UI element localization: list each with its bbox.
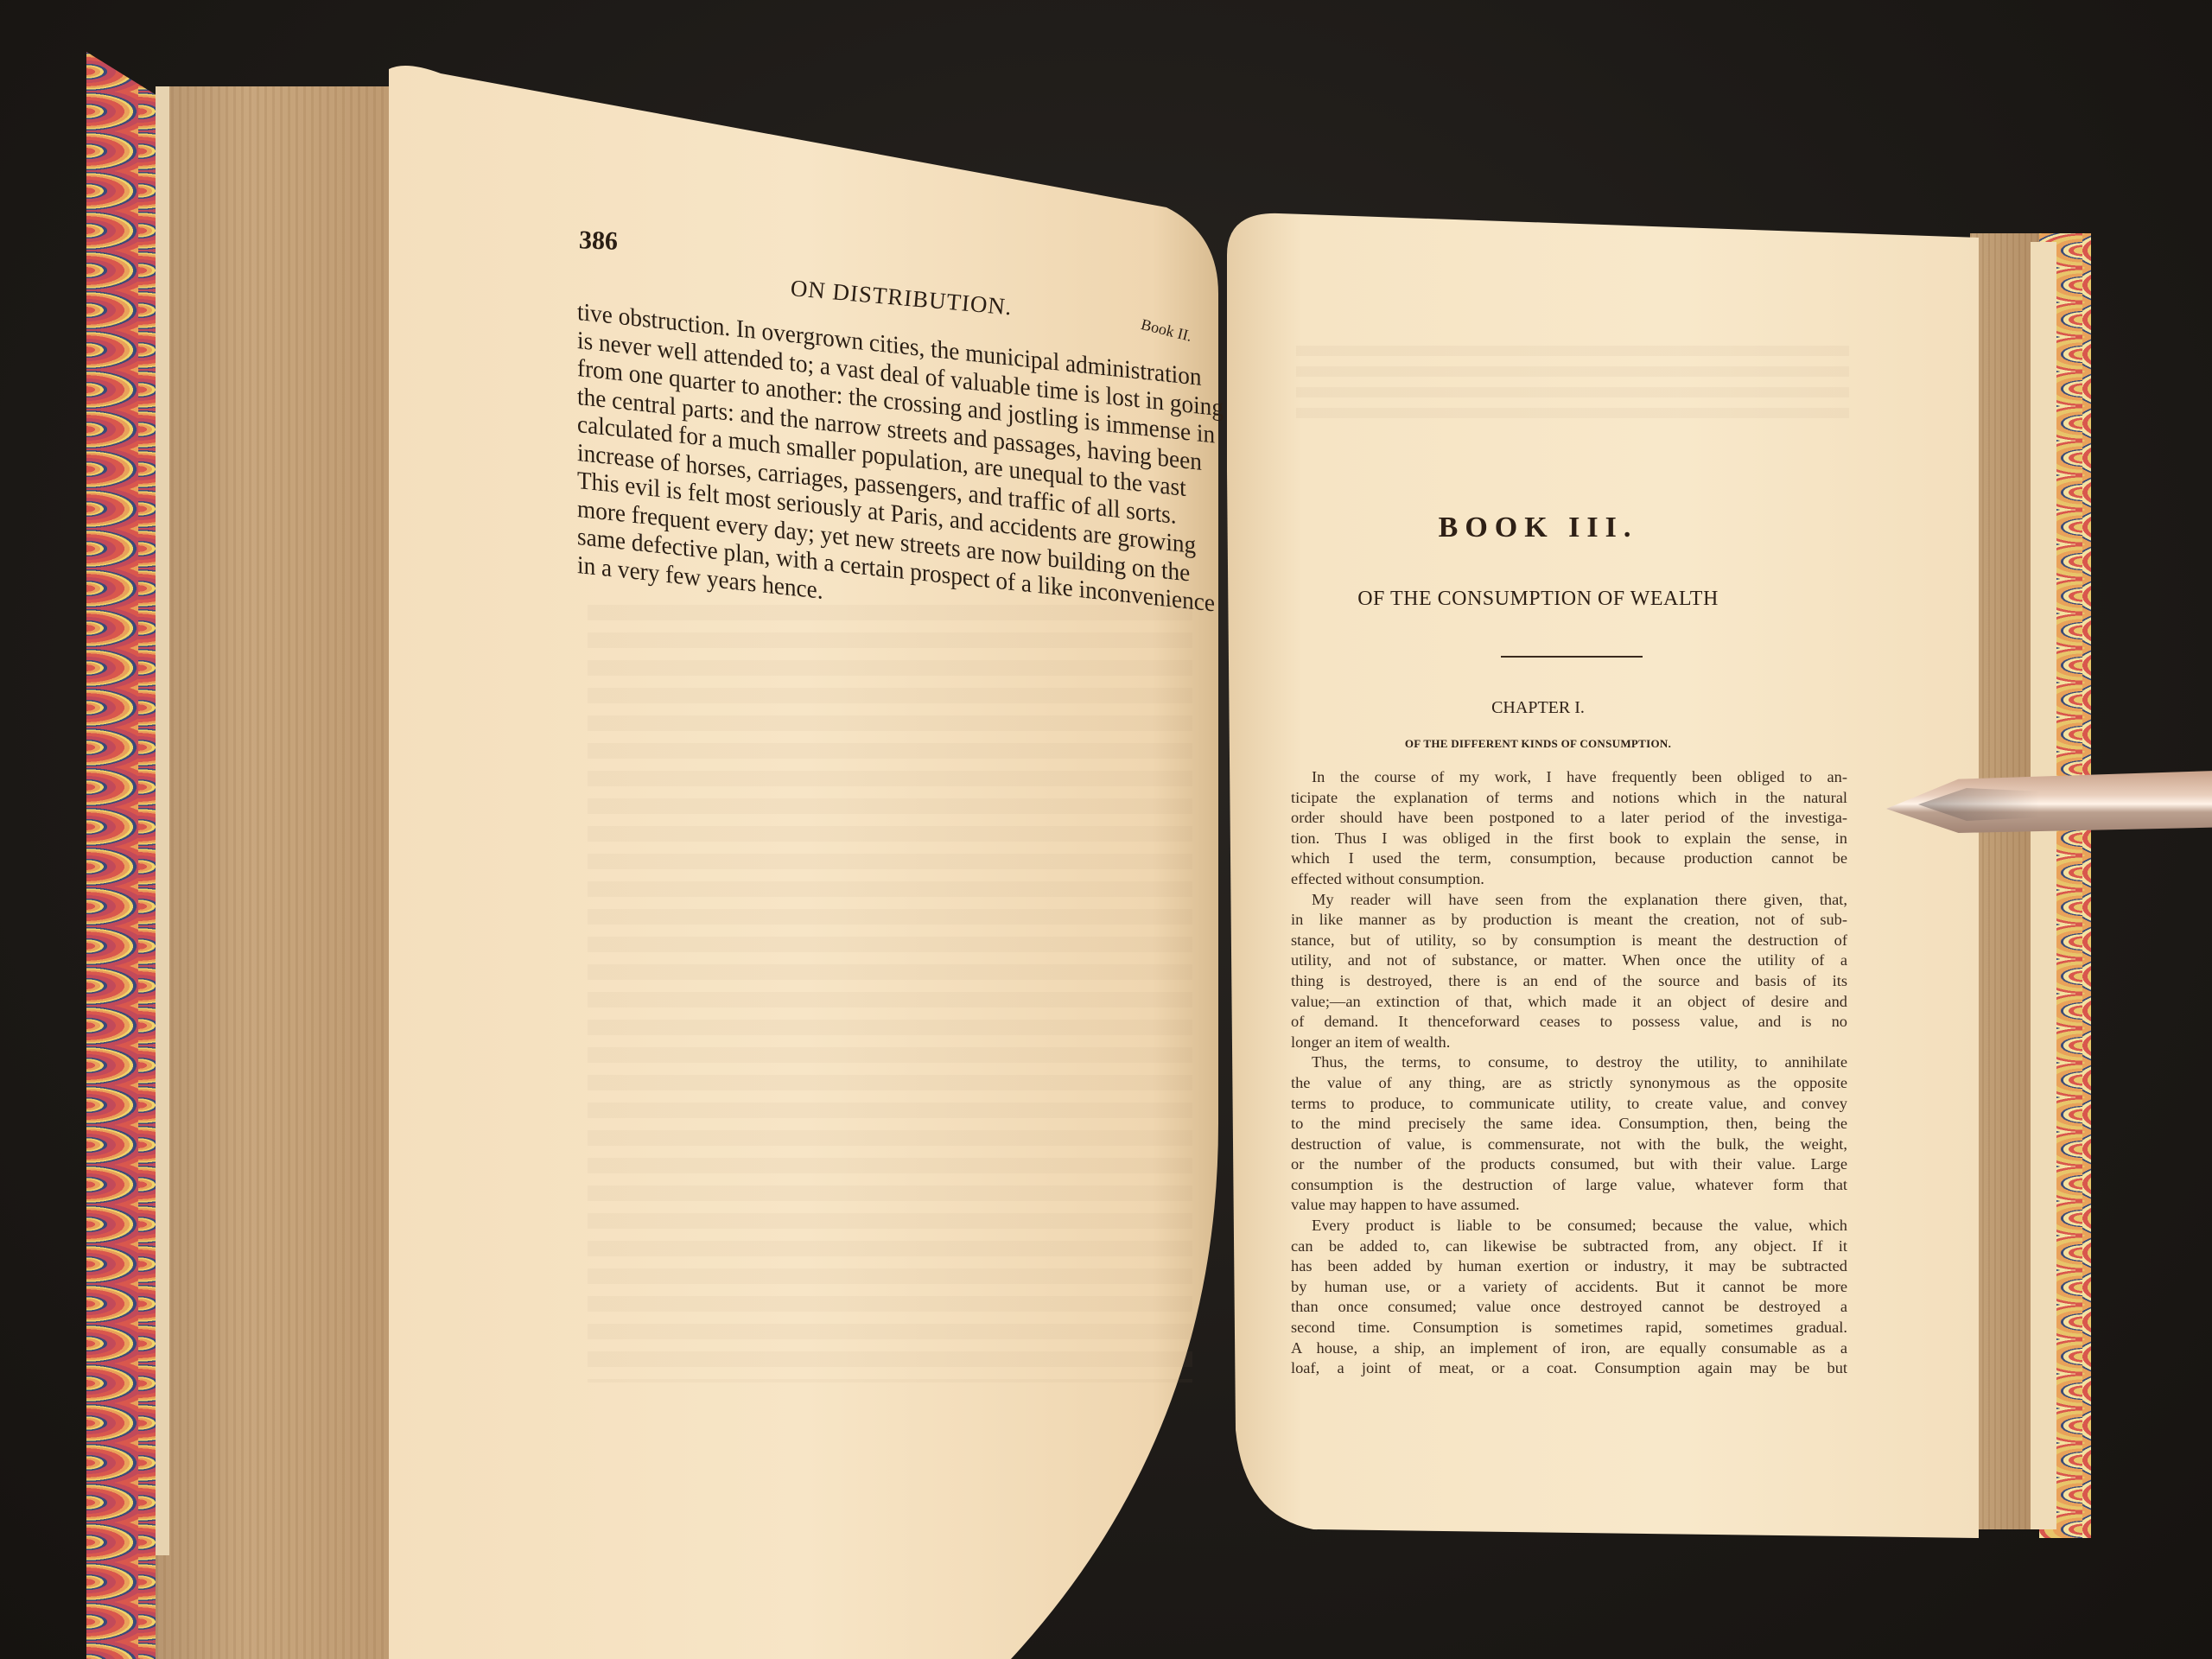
text-line: In the course of my work, I have frequen…: [1291, 767, 1847, 788]
endpaper-right: [2031, 242, 2056, 1529]
text-line: by human use, or a variety of accidents.…: [1291, 1277, 1847, 1298]
text-line: tion. Thus I was obliged in the first bo…: [1291, 829, 1847, 849]
page-block-edge-left: [156, 86, 389, 1659]
text-line: consumption is the destruction of large …: [1291, 1175, 1847, 1196]
text-line: longer an item of wealth.: [1291, 1033, 1847, 1053]
divider-rule: [1501, 656, 1643, 658]
text-line: which I used the term, consumption, beca…: [1291, 849, 1847, 869]
text-line: ticipate the explanation of terms and no…: [1291, 788, 1847, 809]
text-line: A house, a ship, an implement of iron, a…: [1291, 1338, 1847, 1359]
left-page-bleedthrough: [588, 605, 1192, 1382]
page-number: 386: [578, 226, 618, 257]
text-line: stance, but of utility, so by consumptio…: [1291, 931, 1847, 951]
text-line: thing is destroyed, there is an end of t…: [1291, 971, 1847, 992]
text-line: the value of any thing, are as strictly …: [1291, 1073, 1847, 1094]
text-line: in like manner as by production is meant…: [1291, 910, 1847, 931]
book-title: OF THE CONSUMPTION OF WEALTH: [1322, 588, 1754, 611]
text-line: destruction of value, is commensurate, n…: [1291, 1135, 1847, 1155]
text-line: value;—an extinction of that, which made…: [1291, 992, 1847, 1013]
endpaper-left: [156, 86, 169, 1555]
right-page-bleedthrough: [1296, 346, 1849, 423]
text-line: can be added to, can likewise be subtrac…: [1291, 1236, 1847, 1257]
chapter-heading: CHAPTER I.: [1408, 698, 1668, 718]
text-line: utility, and not of substance, or matter…: [1291, 950, 1847, 971]
chapter-title: OF THE DIFFERENT KINDS OF CONSUMPTION.: [1322, 737, 1754, 751]
book-heading: BOOK III.: [1322, 512, 1754, 544]
text-line: has been added by human exertion or indu…: [1291, 1256, 1847, 1277]
text-line: Every product is liable to be consumed; …: [1291, 1216, 1847, 1236]
text-line: Thus, the terms, to consume, to destroy …: [1291, 1052, 1847, 1073]
text-line: of demand. It thenceforward ceases to po…: [1291, 1012, 1847, 1033]
right-page-body: In the course of my work, I have frequen…: [1291, 767, 1847, 1379]
text-line: loaf, a joint of meat, or a coat. Consum…: [1291, 1358, 1847, 1379]
text-line: value may happen to have assumed.: [1291, 1195, 1847, 1216]
text-line: than once consumed; value once destroyed…: [1291, 1297, 1847, 1318]
text-line: second time. Consumption is sometimes ra…: [1291, 1318, 1847, 1338]
text-line: or the number of the products consumed, …: [1291, 1154, 1847, 1175]
book-photo: 386 ON DISTRIBUTION. Book II. tive obstr…: [0, 0, 2212, 1659]
marbled-board-left: [86, 52, 164, 1659]
text-line: to the mind precisely the same idea. Con…: [1291, 1114, 1847, 1135]
text-line: My reader will have seen from the explan…: [1291, 890, 1847, 911]
page-block-edge-right: [1970, 233, 2039, 1529]
text-line: terms to produce, to communicate utility…: [1291, 1094, 1847, 1115]
text-line: effected without consumption.: [1291, 869, 1847, 890]
text-line: order should have been postponed to a la…: [1291, 808, 1847, 829]
